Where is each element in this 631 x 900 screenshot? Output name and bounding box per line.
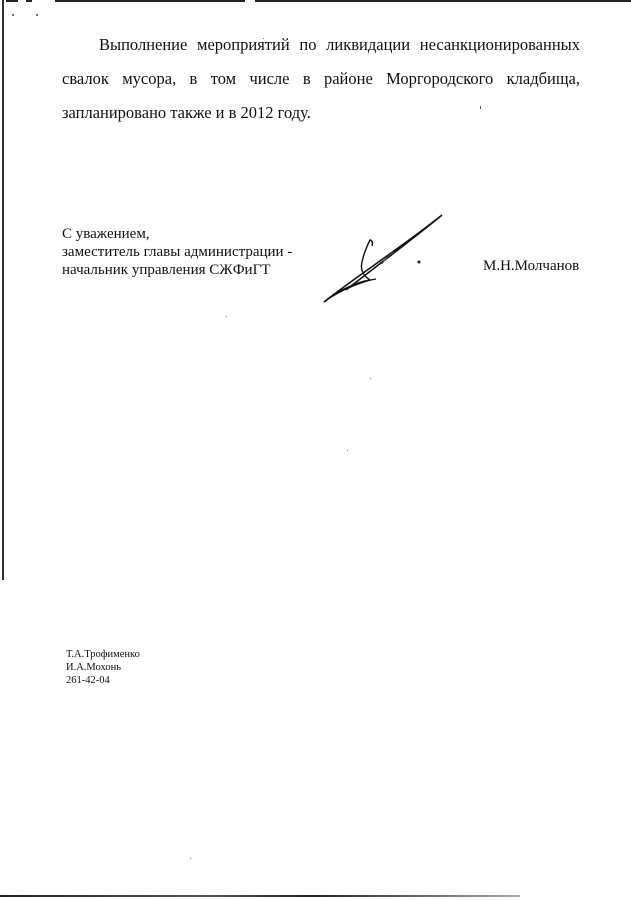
scan-speck <box>12 14 14 16</box>
executor-2: И.А.Мохонь <box>66 661 140 674</box>
footer-executors: Т.А.Трофименко И.А.Мохонь 261-42-04 <box>66 648 140 687</box>
handwritten-signature <box>318 210 458 310</box>
scan-speck <box>36 14 38 16</box>
signer-name: М.Н.Молчанов <box>483 257 579 275</box>
scan-speck <box>347 450 348 451</box>
position-line-2: начальник управления СЖФиГТ <box>62 261 292 279</box>
scan-border-left <box>2 0 4 580</box>
closing-block: С уважением, заместитель главы администр… <box>62 225 292 279</box>
executor-1: Т.А.Трофименко <box>66 648 140 661</box>
salutation: С уважением, <box>62 225 292 243</box>
scan-border-top <box>0 0 631 4</box>
scan-speck <box>226 316 227 317</box>
scan-border-bottom <box>0 895 520 897</box>
phone-number: 261-42-04 <box>66 674 140 687</box>
body-paragraph: Выполнение мероприятий по ликвидации нес… <box>62 28 580 130</box>
scan-speck <box>370 378 371 379</box>
position-line-1: заместитель главы администрации - <box>62 243 292 261</box>
body-paragraph-text: Выполнение мероприятий по ликвидации нес… <box>62 35 580 122</box>
scan-speck <box>190 858 191 859</box>
